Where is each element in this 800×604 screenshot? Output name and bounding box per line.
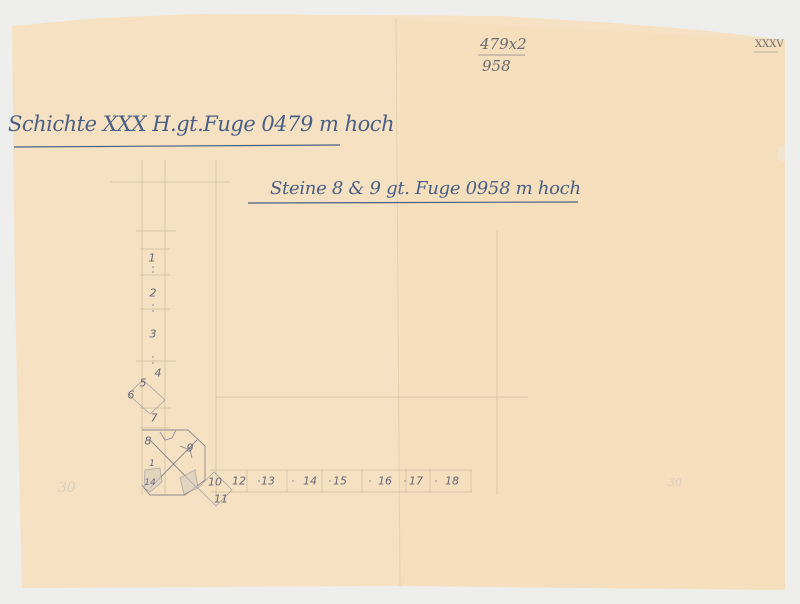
- corner-label-1: 1: [149, 459, 155, 469]
- svg-text:30: 30: [58, 480, 76, 496]
- stone-number-7: 7: [151, 412, 158, 425]
- stone-number-15: 15: [333, 475, 347, 488]
- stone-number-3: 3: [150, 328, 157, 341]
- calculation-numerator: 479x2: [480, 35, 527, 53]
- stone-number-2: 2: [150, 287, 157, 300]
- stone-number-11: 11: [214, 493, 228, 506]
- drawing-sheet: 30 30: [0, 0, 800, 604]
- stone-number-8: 8: [145, 435, 152, 448]
- stone-number-17: 17: [409, 475, 423, 488]
- stone-number-4: 4: [155, 367, 162, 380]
- stone-number-14: 14: [303, 475, 317, 488]
- stone-number-5: 5: [140, 377, 147, 390]
- heading-sub: Steine 8 & 9 gt. Fuge 0958 m hoch: [270, 178, 581, 199]
- stone-number-12: 12: [232, 475, 246, 488]
- stone-number-18: 18: [445, 475, 459, 488]
- stone-number-9: 9: [187, 442, 194, 455]
- corner-label-14: 14: [144, 478, 155, 488]
- svg-text:30: 30: [668, 476, 682, 489]
- stone-number-16: 16: [378, 475, 392, 488]
- heading-main: Schichte XXX H.gt.Fuge 0479 m hoch: [8, 112, 394, 136]
- stone-number-10: 10: [208, 476, 222, 489]
- sheet-id: XXXV: [755, 39, 784, 50]
- stone-number-1: 1: [149, 252, 156, 265]
- stone-number-13: 13: [261, 475, 275, 488]
- calculation-denominator: 958: [482, 57, 511, 75]
- stone-number-6: 6: [128, 389, 135, 402]
